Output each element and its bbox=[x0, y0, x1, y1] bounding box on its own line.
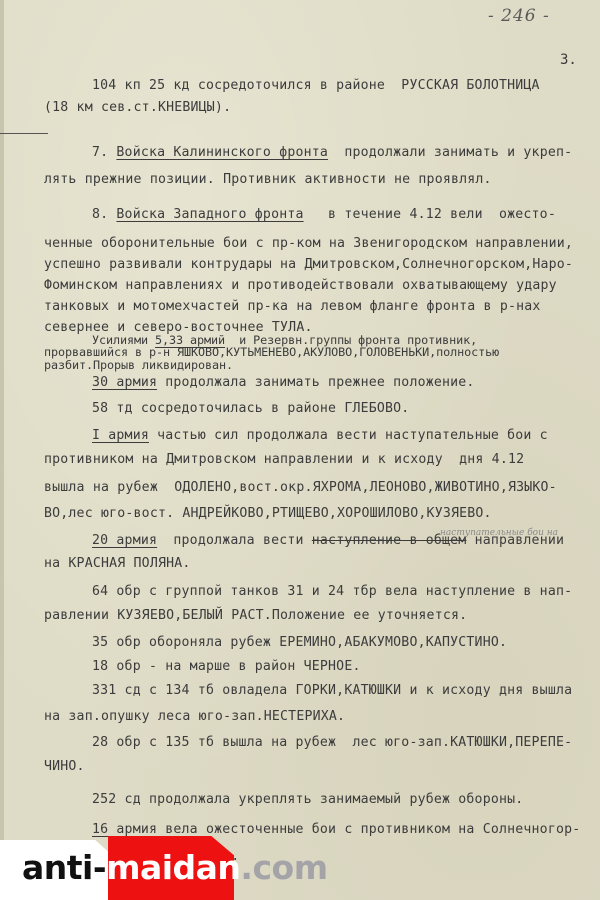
document-line: 8. Войска Западного фронта в течение 4.1… bbox=[92, 207, 556, 222]
margin-rule bbox=[0, 133, 48, 134]
underlined-heading: 16 армия bbox=[92, 822, 157, 837]
document-line: 16 армия вела ожесточенные бои с противн… bbox=[92, 822, 580, 837]
logo-text: anti-maidan.com bbox=[22, 848, 328, 887]
document-line: 331 сд с 134 тб овладела ГОРКИ,КАТЮШКИ и… bbox=[92, 683, 572, 698]
underlined-heading: I армия bbox=[92, 428, 149, 443]
underlined-heading: 20 армия bbox=[92, 533, 157, 548]
logo-maidan: maidan bbox=[106, 848, 240, 887]
document-line: 252 сд продолжала укреплять занимаемый р… bbox=[92, 792, 523, 807]
document-line: лять прежние позиции. Противник активнос… bbox=[44, 172, 492, 187]
document-line: разбит.Прорыв ликвидирован. bbox=[44, 358, 233, 372]
document-line: вышла на рубеж ОДОЛЕНО,вост.окр.ЯХРОМА,Л… bbox=[44, 480, 557, 495]
document-line: ВО,лес юго-вост. АНДРЕЙКОВО,РТИЩЕВО,ХОРО… bbox=[44, 506, 492, 521]
document-line: 58 тд сосредоточилась в районе ГЛЕБОВО. bbox=[92, 401, 409, 416]
logo-separator: - bbox=[93, 848, 106, 887]
underlined-heading: 30 армия bbox=[92, 375, 157, 390]
document-line: на зап.опушку леса юго-зап.НЕСТЕРИХА. bbox=[44, 709, 345, 724]
document-line: танковых и мотомехчастей пр-ка на левом … bbox=[44, 299, 541, 314]
document-line: ЧИНО. bbox=[44, 759, 85, 774]
document-line: 30 армия продолжала занимать прежнее пол… bbox=[92, 375, 475, 390]
logo-com: .com bbox=[240, 848, 327, 887]
document-line: 104 кп 25 кд сосредоточился в районе РУС… bbox=[92, 78, 540, 93]
document-line: (18 км сев.ст.КНЕВИЦЫ). bbox=[44, 100, 231, 115]
document-line: успешно развивали контрудары на Дмитровс… bbox=[44, 257, 573, 272]
document-line: противником на Дмитровском направлении и… bbox=[44, 452, 524, 467]
document-line: 35 обр обороняла рубеж ЕРЕМИНО,АБАКУМОВО… bbox=[92, 635, 507, 650]
document-line: ченные оборонительные бои с пр-ком на Зв… bbox=[44, 236, 573, 251]
document-line: прорвавшийся в р-н ЯШКОВО,КУТЬМЕНЕВО,АКУ… bbox=[44, 345, 499, 359]
struck-text: наступление в общем bbox=[312, 533, 467, 548]
document-line: 7. Войска Калининского фронта продолжали… bbox=[92, 145, 572, 160]
document-line: 20 армия продолжала вести наступление в … bbox=[92, 533, 564, 548]
document-line: равлении КУЗЯЕВО,БЕЛЫЙ РАСТ.Положение ее… bbox=[44, 608, 467, 623]
page-edge bbox=[0, 0, 4, 900]
logo-anti: anti bbox=[22, 848, 93, 887]
document-line: на КРАСНАЯ ПОЛЯНА. bbox=[44, 556, 191, 571]
document-line: Фоминском направлениях и противодействов… bbox=[44, 278, 557, 293]
document-line: 28 обр с 135 тб вышла на рубеж лес юго-з… bbox=[92, 735, 572, 750]
archive-page-number: - 246 - bbox=[488, 6, 550, 26]
watermark-logo: anti-maidan.com bbox=[0, 836, 340, 900]
underlined-heading: Войска Западного фронта bbox=[116, 207, 303, 222]
underlined-heading: Войска Калининского фронта bbox=[116, 145, 328, 160]
document-line: 64 обр с группой танков 31 и 24 тбр вела… bbox=[92, 584, 572, 599]
document-line: I армия частью сил продолжала вести наст… bbox=[92, 428, 548, 443]
page-number: 3. bbox=[560, 52, 577, 68]
document-line: 18 обр - на марше в район ЧЕРНОЕ. bbox=[92, 659, 361, 674]
